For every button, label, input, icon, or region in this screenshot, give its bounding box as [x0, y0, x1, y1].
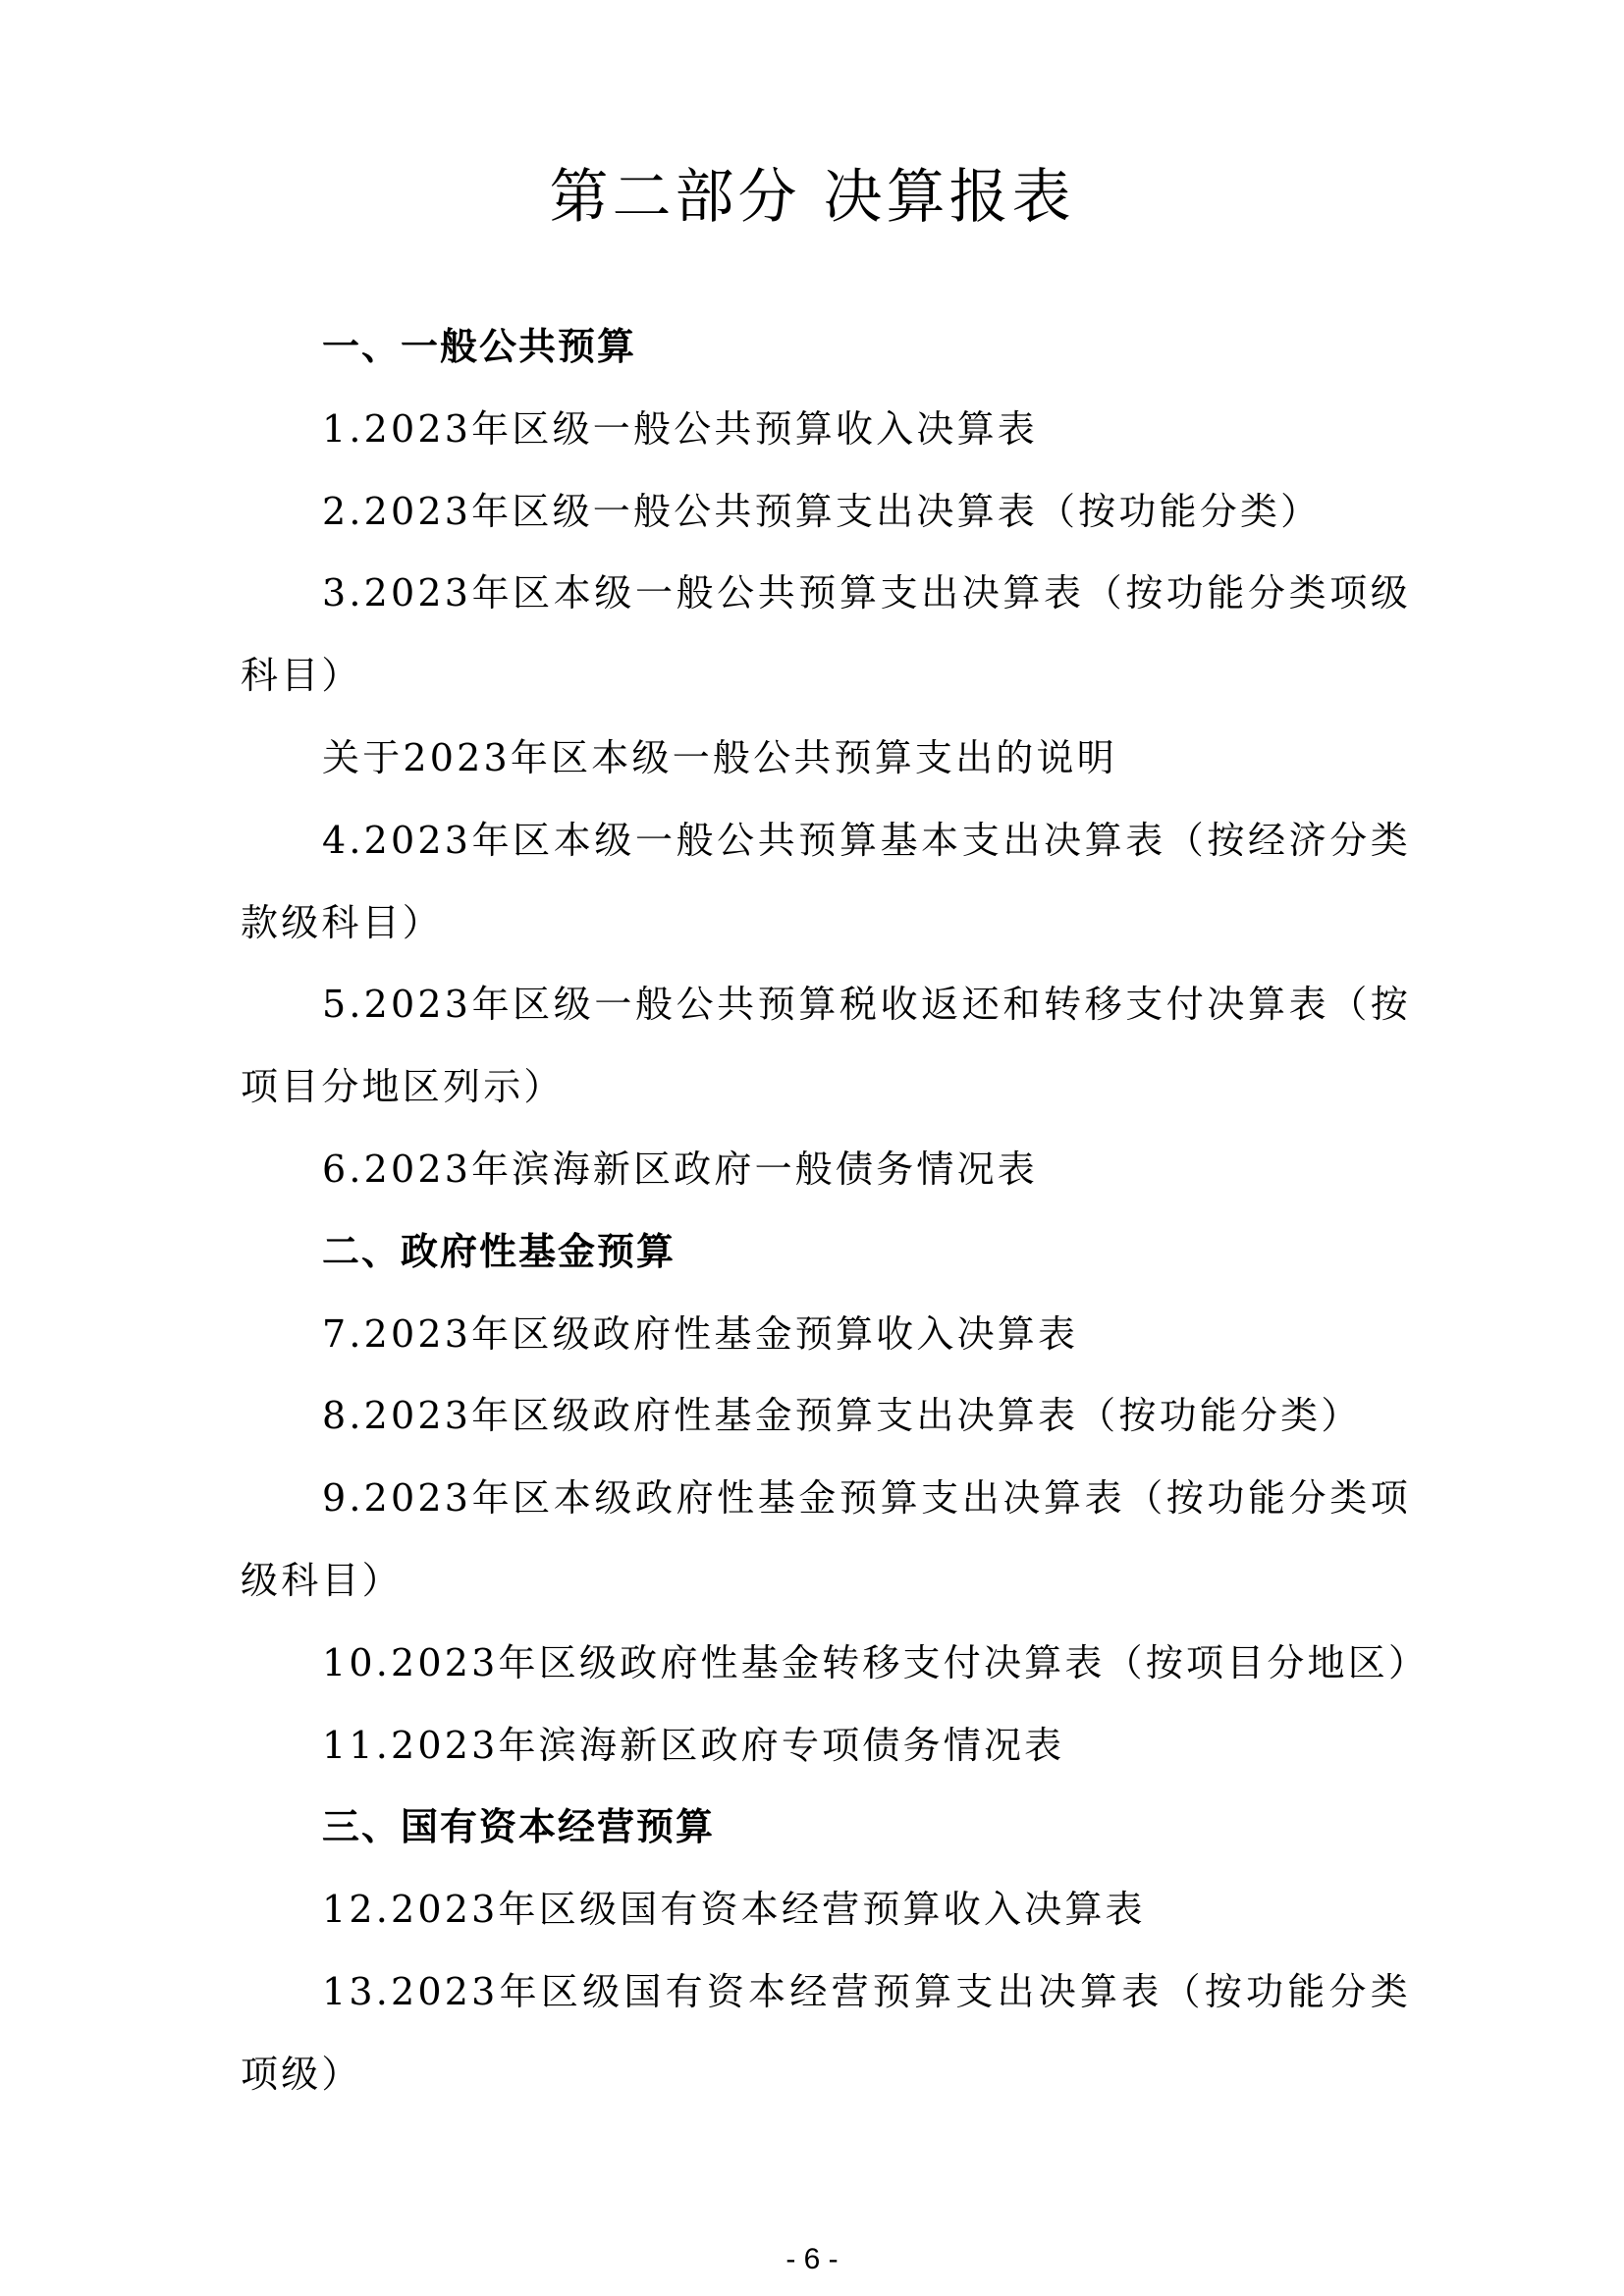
toc-item: 2.2023年区级一般公共预算支出决算表（按功能分类）	[241, 471, 1411, 554]
page-title: 第二部分 决算报表	[0, 162, 1624, 233]
toc-item: 13.2023年区级国有资本经营预算支出决算表（按功能分类项级）	[241, 1951, 1411, 2116]
toc-item: 8.2023年区级政府性基金预算支出决算表（按功能分类）	[241, 1375, 1411, 1458]
toc-item: 11.2023年滨海新区政府专项债务情况表	[241, 1705, 1411, 1788]
toc-item: 12.2023年区级国有资本经营预算收入决算表	[241, 1869, 1411, 1951]
toc-item: 6.2023年滨海新区政府一般债务情况表	[241, 1129, 1411, 1211]
page-number: - 6 -	[0, 2242, 1624, 2277]
toc-item: 5.2023年区级一般公共预算税收返还和转移支付决算表（按项目分地区列示）	[241, 964, 1411, 1129]
document-page: 第二部分 决算报表 一、一般公共预算 1.2023年区级一般公共预算收入决算表 …	[0, 0, 1624, 2296]
section-heading: 二、政府性基金预算	[241, 1211, 1411, 1294]
section-heading: 三、国有资本经营预算	[241, 1787, 1411, 1869]
toc-item: 7.2023年区级政府性基金预算收入决算表	[241, 1294, 1411, 1376]
section-heading: 一、一般公共预算	[241, 306, 1411, 389]
toc-item: 9.2023年区本级政府性基金预算支出决算表（按功能分类项级科目）	[241, 1458, 1411, 1623]
toc-item: 10.2023年区级政府性基金转移支付决算表（按项目分地区）	[241, 1623, 1411, 1705]
toc-item: 4.2023年区本级一般公共预算基本支出决算表（按经济分类款级科目）	[241, 800, 1411, 965]
table-of-contents: 一、一般公共预算 1.2023年区级一般公共预算收入决算表 2.2023年区级一…	[241, 306, 1411, 2116]
toc-item: 1.2023年区级一般公共预算收入决算表	[241, 389, 1411, 471]
toc-item: 关于2023年区本级一般公共预算支出的说明	[241, 718, 1411, 800]
toc-item: 3.2023年区本级一般公共预算支出决算表（按功能分类项级科目）	[241, 553, 1411, 718]
